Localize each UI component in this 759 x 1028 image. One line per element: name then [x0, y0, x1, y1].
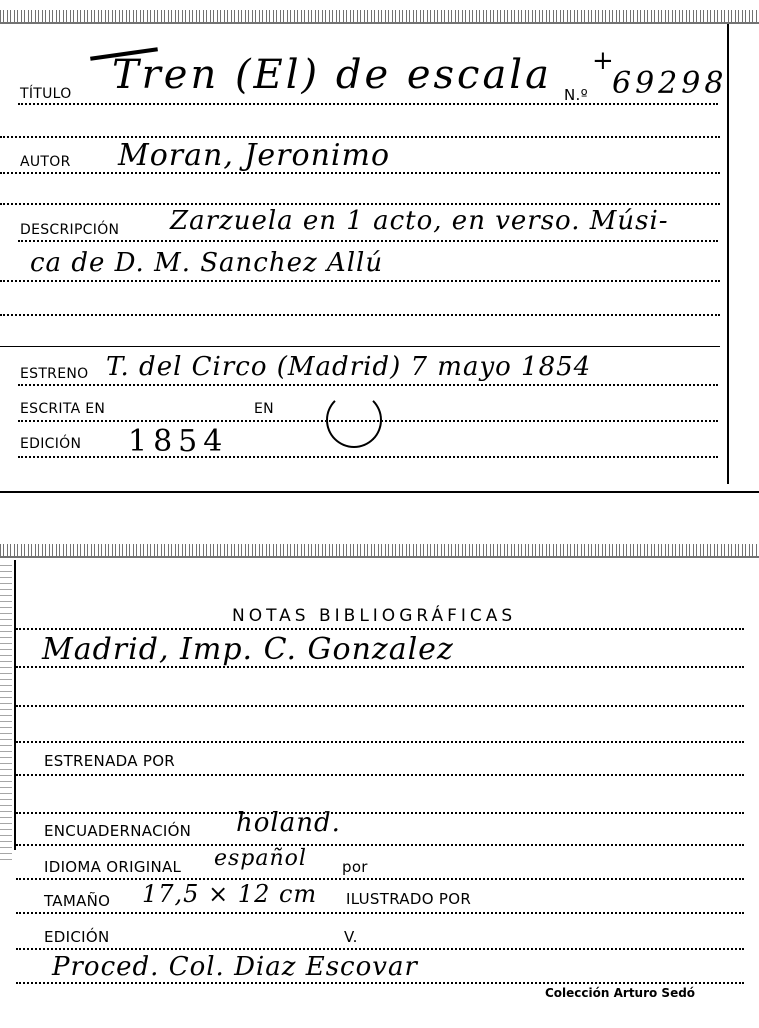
card-bottom-edge [0, 491, 759, 493]
scan-edge-noise-left [0, 560, 12, 860]
notas-line-1: Madrid, Imp. C. Gonzalez [42, 632, 454, 667]
separator-line [0, 346, 720, 347]
edicion-label: EDICIÓN [20, 436, 81, 452]
volume-label: V. [344, 928, 358, 946]
notas-rule-4 [16, 741, 744, 743]
titulo-line [18, 103, 718, 105]
autor-label: AUTOR [20, 154, 71, 170]
estrenada-por-label: ESTRENADA POR [44, 752, 175, 770]
escrita-en-line [18, 420, 718, 422]
collection-credit: Colección Arturo Sedó [545, 986, 695, 1000]
descripcion-label: DESCRIPCIÓN [20, 222, 119, 238]
descripcion-rule-1 [18, 240, 718, 242]
separator-line [16, 812, 744, 814]
ilustrado-por-label: ILUSTRADO POR [346, 890, 471, 908]
notas-heading: NOTAS BIBLIOGRÁFICAS [232, 606, 516, 626]
escrita-en-label: ESCRITA EN [20, 401, 105, 417]
catalog-card-front: TÍTULO Tren (El) de escala N.º + 69298 A… [0, 0, 759, 495]
estreno-line [18, 384, 718, 386]
back-edicion-label: EDICIÓN [44, 928, 109, 946]
numero-label: N.º [564, 86, 588, 104]
procedencia-value: Proced. Col. Diaz Escovar [52, 952, 418, 982]
tamano-value: 17,5 × 12 cm [142, 880, 317, 908]
descripcion-rule-2 [0, 280, 720, 282]
descripcion-line-1: Zarzuela en 1 acto, en verso. Músi- [170, 206, 669, 236]
en-label: EN [254, 401, 274, 417]
autor-line [0, 172, 720, 174]
idioma-original-label: IDIOMA ORIGINAL [44, 858, 181, 876]
estreno-label: ESTRENO [20, 366, 88, 382]
titulo-value: Tren (El) de escala [112, 52, 552, 98]
notas-rule-1 [16, 628, 744, 630]
encuadernacion-label: ENCUADERNACIÓN [44, 822, 191, 840]
idioma-original-line [16, 878, 744, 880]
tamano-label: TAMAÑO [44, 892, 110, 910]
separator-line [0, 203, 720, 205]
encuadernacion-value: holand. [236, 808, 341, 838]
tamano-line [16, 912, 744, 914]
scan-edge-noise [0, 544, 759, 558]
edicion-value: 1854 [128, 424, 228, 459]
estrenada-por-line [16, 774, 744, 776]
procedencia-line [16, 982, 744, 984]
titulo-label: TÍTULO [20, 86, 72, 102]
catalog-card-back: NOTAS BIBLIOGRÁFICAS Madrid, Imp. C. Gon… [0, 540, 759, 1028]
idioma-por-label: por [342, 858, 368, 876]
idioma-original-value: español [214, 846, 307, 871]
scan-edge-noise [0, 10, 759, 24]
encuadernacion-line [16, 844, 744, 846]
separator-line [0, 314, 720, 316]
autor-value: Moran, Jeronimo [118, 138, 390, 173]
estreno-value: T. del Circo (Madrid) 7 mayo 1854 [106, 352, 591, 382]
numero-value: 69298 [612, 66, 727, 101]
notas-rule-2 [16, 666, 744, 668]
notas-rule-3 [16, 705, 744, 707]
edicion-line [16, 948, 744, 950]
descripcion-line-2: ca de D. M. Sanchez Allú [30, 248, 383, 278]
edicion-line [18, 456, 718, 458]
